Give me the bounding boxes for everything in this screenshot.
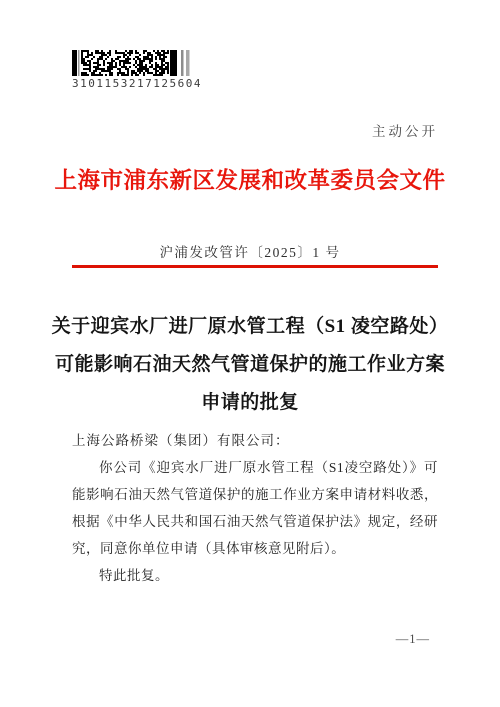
page-number: —1— xyxy=(396,632,430,647)
document-title: 关于迎宾水厂进厂原水管工程（S1 凌空路处） 可能影响石油天然气管道保护的施工作… xyxy=(40,308,460,422)
body-paragraph-2: 特此批复。 xyxy=(72,562,438,589)
barcode-block: 3101153217125604 xyxy=(72,50,200,90)
document-title-line1: 关于迎宾水厂进厂原水管工程（S1 凌空路处） xyxy=(40,308,460,346)
recipient-line: 上海公路桥梁（集团）有限公司： xyxy=(72,427,438,454)
red-divider-line xyxy=(72,265,438,268)
agency-header: 上海市浦东新区发展和改革委员会文件 xyxy=(0,163,500,195)
doc-reference-number: 沪浦发改管许〔2025〕1 号 xyxy=(0,241,500,261)
barcode-icon xyxy=(72,50,194,76)
body-paragraph-1: 你公司《迎宾水厂进厂原水管工程（S1凌空路处）》可能影响石油天然气管道保护的施工… xyxy=(72,454,438,562)
disclosure-label: 主动公开 xyxy=(372,120,438,140)
document-title-line3: 申请的批复 xyxy=(40,384,460,422)
document-body: 上海公路桥梁（集团）有限公司： 你公司《迎宾水厂进厂原水管工程（S1凌空路处）》… xyxy=(72,427,438,589)
barcode-number: 3101153217125604 xyxy=(72,77,200,90)
document-page: 3101153217125604 主动公开 上海市浦东新区发展和改革委员会文件 … xyxy=(0,0,500,707)
document-title-line2: 可能影响石油天然气管道保护的施工作业方案 xyxy=(40,346,460,384)
